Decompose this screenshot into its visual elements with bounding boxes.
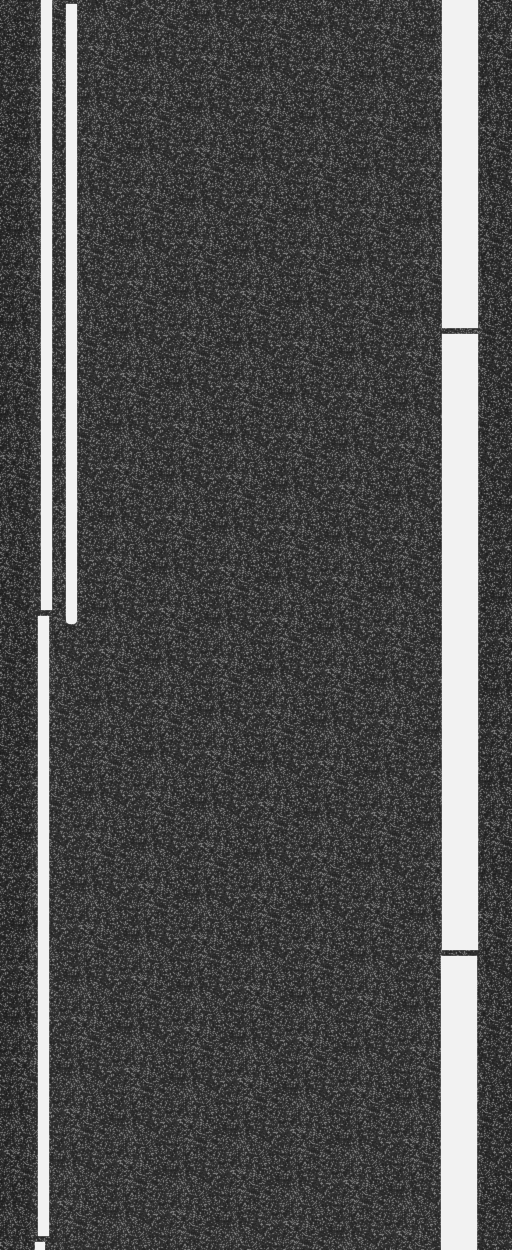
left-inner-line	[66, 4, 77, 624]
right-lane-line-segment-1	[442, 0, 478, 328]
left-edge-line-bottom-stub	[35, 1242, 45, 1250]
right-lane-line-segment-2	[442, 334, 478, 950]
left-edge-line-upper	[41, 0, 52, 610]
road-aerial-image	[0, 0, 512, 1250]
left-edge-line-lower	[38, 616, 49, 1236]
right-lane-line-segment-3	[441, 956, 477, 1250]
